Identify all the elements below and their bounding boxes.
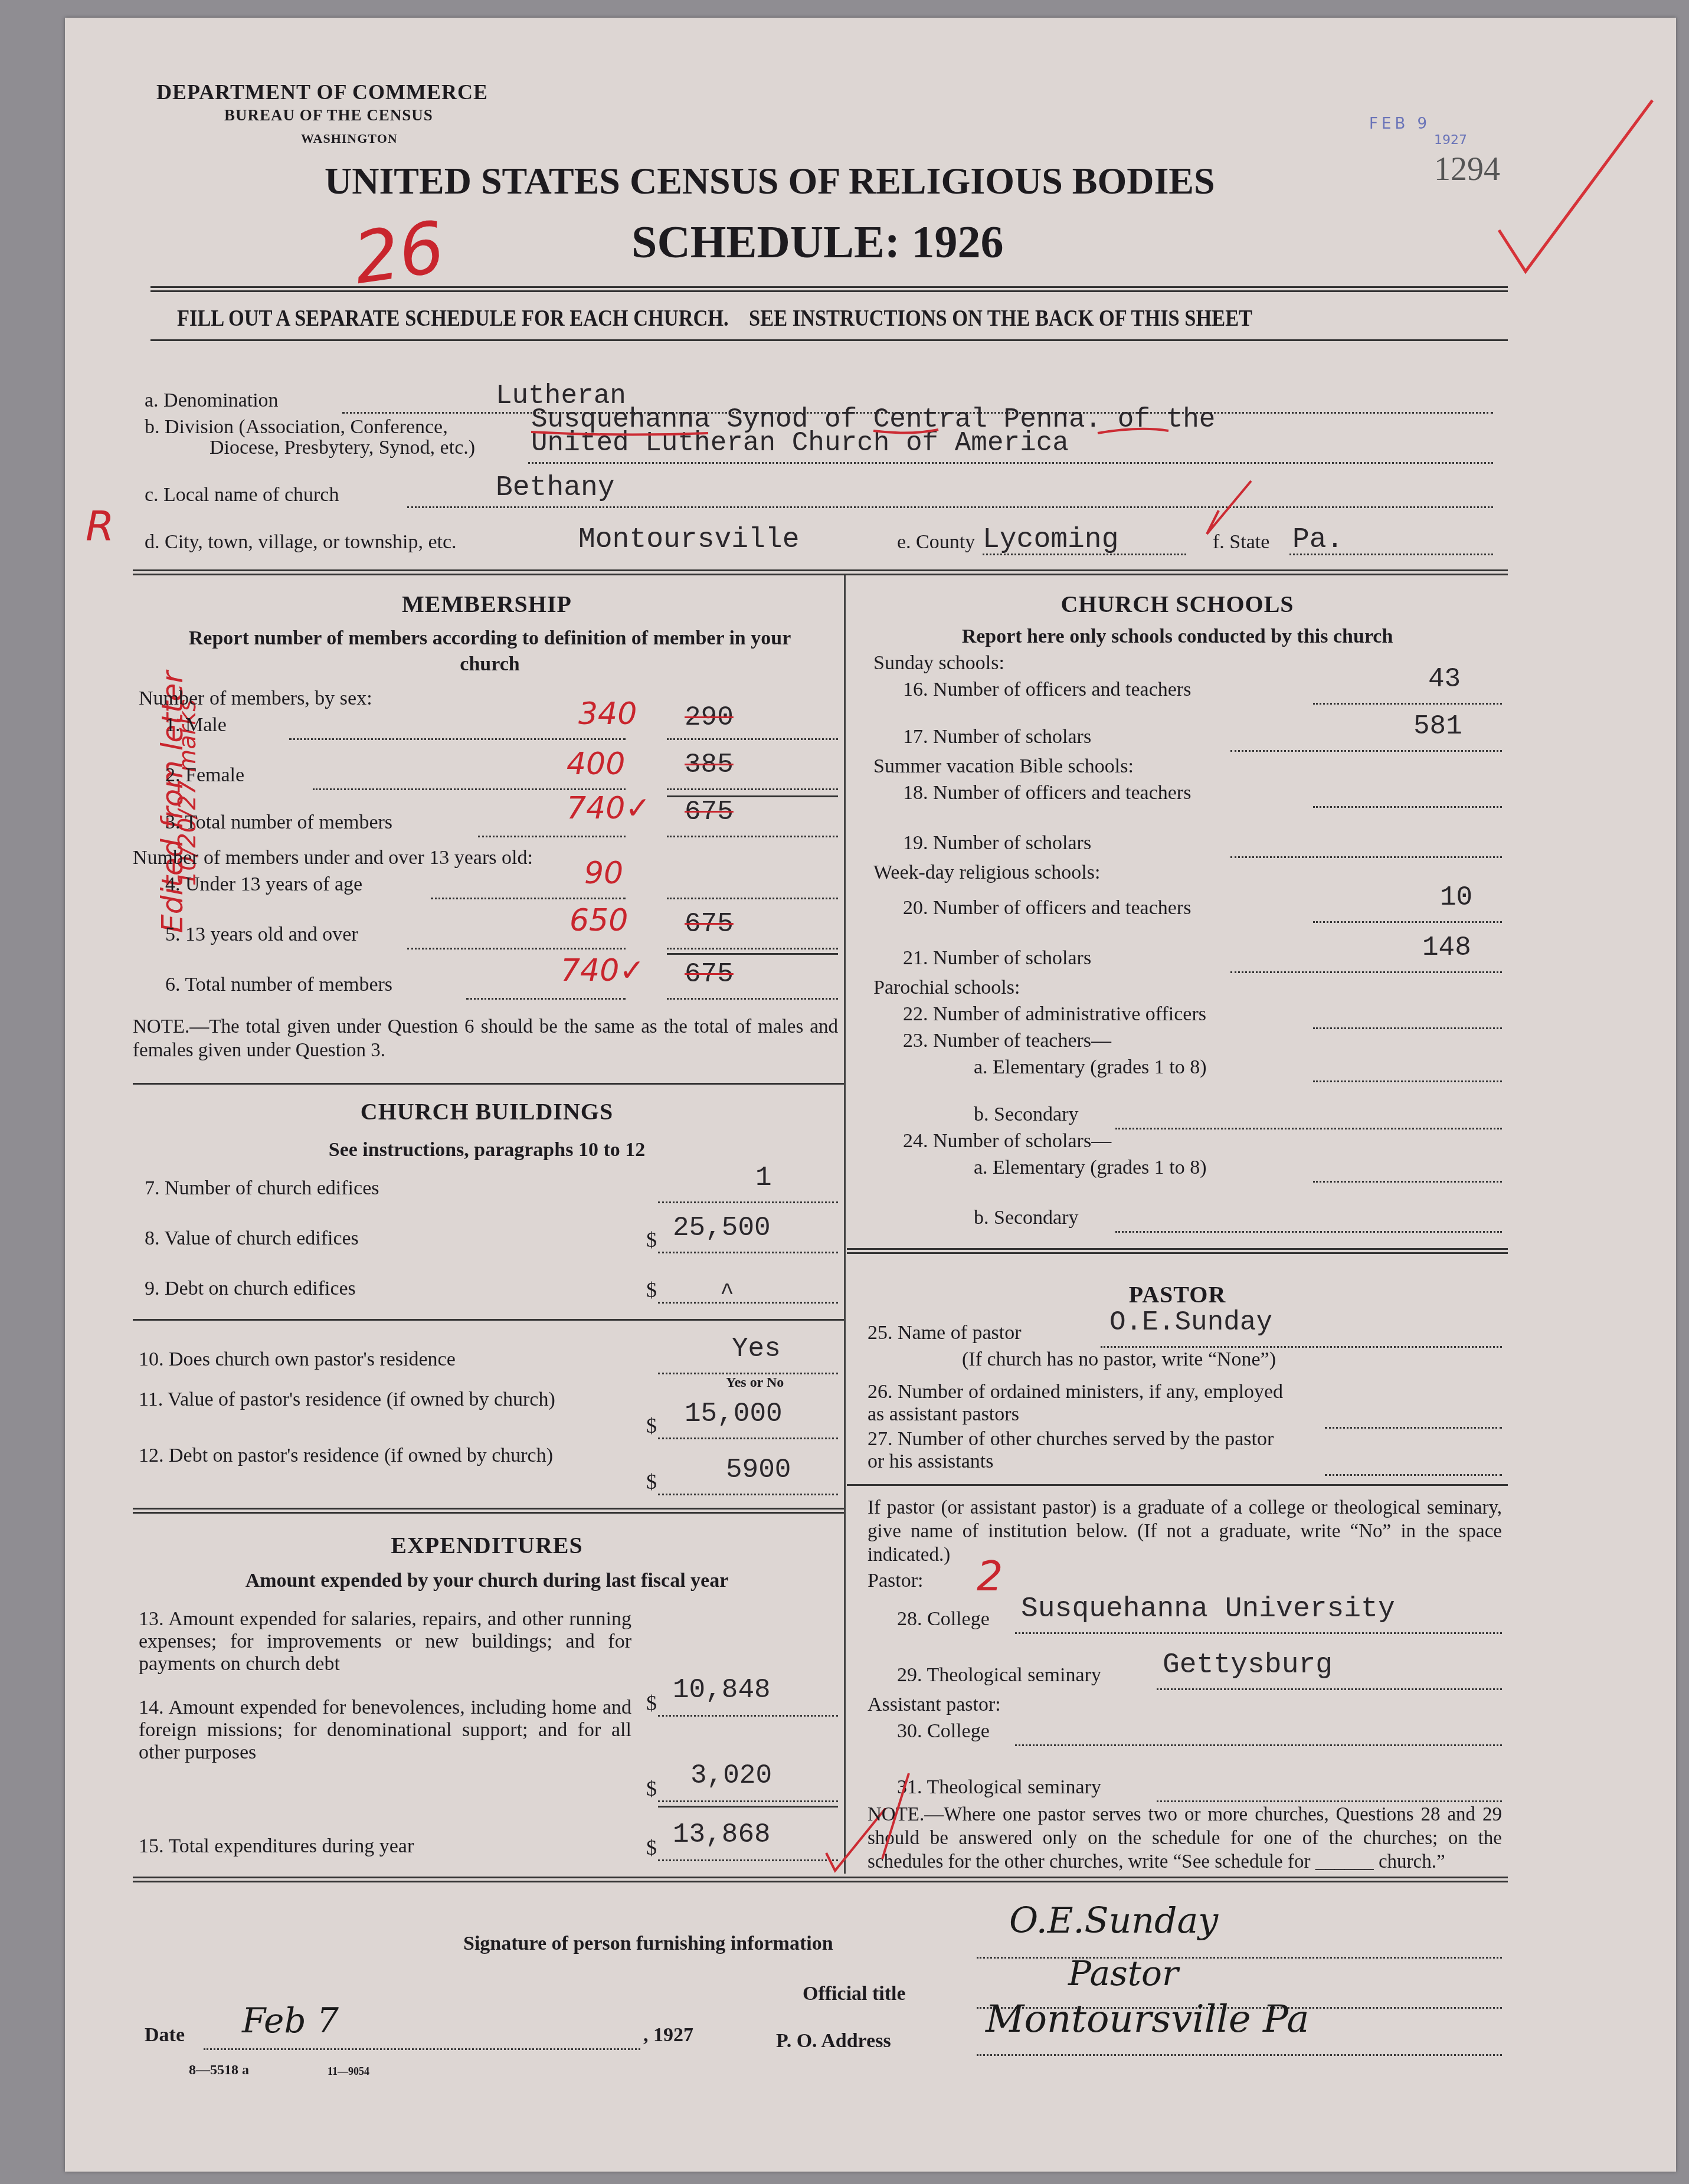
by-age-heading: Number of members under and over 13 year…	[133, 847, 533, 869]
footer-divider	[133, 1877, 1508, 1882]
official-title-label: Official title	[803, 1983, 906, 2005]
local-name-value: Bethany	[496, 472, 615, 504]
church-buildings-title: CHURCH BUILDINGS	[133, 1098, 841, 1125]
residence-value-currency: $	[646, 1413, 657, 1438]
residence-debt-currency: $	[646, 1469, 657, 1494]
pastor-name-value: O.E.Sunday	[1109, 1307, 1272, 1338]
membership-row-male-label: 1. Male	[165, 714, 227, 736]
pastor-name-label: 25. Name of pastor	[868, 1322, 1022, 1344]
total-expenditures-label: 15. Total expenditures during year	[139, 1835, 414, 1858]
edifices-value-currency: $	[646, 1227, 657, 1252]
parochial-admin-label: 22. Number of administrative officers	[903, 1003, 1206, 1026]
running-expenses-currency: $	[646, 1691, 657, 1715]
instruction-banner: FILL OUT A SEPARATE SCHEDULE FOR EACH CH…	[177, 304, 1252, 332]
residence-value-label: 11. Value of pastor's residence (if owne…	[139, 1387, 640, 1413]
membership-row-female-label: 2. Female	[165, 764, 244, 787]
red-checkmark-icon	[1481, 94, 1658, 289]
edifices-count-field[interactable]	[658, 1179, 838, 1203]
red-underline-marks	[531, 425, 1180, 443]
assistant-pastor-subheading: Assistant pastor:	[868, 1694, 1001, 1716]
parochial-teachers-secondary-label: b. Secondary	[974, 1104, 1079, 1126]
weekday-officers-value: 10	[1440, 882, 1472, 913]
bureau-name: BUREAU OF THE CENSUS	[224, 106, 433, 125]
state-value: Pa.	[1292, 524, 1343, 556]
edifices-debt-label: 9. Debt on church edifices	[145, 1278, 356, 1300]
total-expenditures-currency: $	[646, 1835, 657, 1860]
summer-scholars-label: 19. Number of scholars	[903, 832, 1091, 854]
received-stamp-year: 1927	[1434, 133, 1467, 148]
parochial-teachers-secondary-field[interactable]	[1115, 1105, 1502, 1129]
census-schedule-sheet: DEPARTMENT OF COMMERCE BUREAU OF THE CEN…	[65, 18, 1676, 2172]
parochial-teachers-label: 23. Number of teachers—	[903, 1030, 1111, 1052]
schools-divider	[847, 1248, 1508, 1254]
male-edited-value: 340	[578, 696, 637, 732]
seminary-label: 29. Theological seminary	[897, 1664, 1101, 1687]
owns-residence-value: Yes	[732, 1334, 781, 1364]
membership-row-total-label: 3. Total number of members	[165, 811, 392, 834]
summer-officers-label: 18. Number of officers and teachers	[903, 782, 1191, 804]
weekday-scholars-label: 21. Number of scholars	[903, 947, 1091, 970]
benevolences-label: 14. Amount expended for benevolences, in…	[139, 1697, 631, 1764]
over13-edited-value: 650	[569, 903, 628, 938]
college-label: 28. College	[897, 1608, 990, 1630]
red-mark-2: 2	[977, 1552, 1003, 1600]
edifices-value-amount: 25,500	[673, 1213, 771, 1243]
yes-or-no-hint: Yes or No	[726, 1375, 784, 1391]
parochial-teachers-elementary-label: a. Elementary (grades 1 to 8)	[974, 1056, 1207, 1079]
county-label: e. County	[897, 531, 975, 554]
seminary-value: Gettysburg	[1163, 1649, 1333, 1681]
total-original-value: 675	[685, 797, 734, 827]
membership-subtitle: Report number of members according to de…	[171, 626, 809, 677]
assistant-seminary-label: 31. Theological seminary	[897, 1776, 1101, 1799]
pastor-note: NOTE.—Where one pastor serves two or mor…	[868, 1803, 1502, 1874]
banner-divider	[150, 339, 1508, 341]
parochial-scholars-secondary-label: b. Secondary	[974, 1207, 1079, 1229]
pastor-title: PASTOR	[847, 1281, 1508, 1308]
residence-debt-amount: 5900	[726, 1455, 791, 1485]
date-label: Date	[145, 2024, 185, 2047]
sunday-officers-value: 43	[1428, 664, 1461, 695]
pastor-name-hint: (If church has no pastor, write “None”)	[962, 1348, 1276, 1371]
red-slash-mark-icon	[879, 1770, 915, 1865]
sunday-schools-heading: Sunday schools:	[873, 652, 1004, 674]
assistant-ministers-label: 26. Number of ordained ministers, if any…	[868, 1381, 1292, 1426]
parochial-schools-heading: Parochial schools:	[873, 977, 1020, 999]
weekday-schools-heading: Week-day religious schools:	[873, 862, 1100, 884]
parochial-scholars-secondary-field[interactable]	[1115, 1209, 1502, 1233]
form-number: 8—5518 a	[189, 2062, 249, 2078]
male-edited-field[interactable]	[289, 716, 626, 740]
edifices-value-label: 8. Value of church edifices	[145, 1227, 359, 1250]
red-check-small-icon	[1204, 478, 1257, 537]
membership-row-total2-label: 6. Total number of members	[165, 974, 392, 996]
date-year: , 1927	[643, 2024, 693, 2047]
parochial-admin-field[interactable]	[1313, 1005, 1502, 1029]
division-label-line1: b. Division (Association, Conference,	[145, 416, 448, 438]
other-churches-label: 27. Number of other churches served by t…	[868, 1428, 1292, 1473]
red-mark-r: R	[86, 502, 114, 550]
sum-line-2	[667, 953, 838, 955]
edifices-debt-currency: $	[646, 1278, 657, 1302]
residence-debt-label: 12. Debt on pastor's residence (if owned…	[139, 1443, 640, 1469]
parochial-scholars-elementary-field[interactable]	[1313, 1158, 1502, 1183]
under13-original-field[interactable]	[667, 875, 838, 899]
form-title: UNITED STATES CENSUS OF RELIGIOUS BODIES	[325, 159, 1446, 203]
pastor-divider	[847, 1484, 1508, 1486]
department-name: DEPARTMENT OF COMMERCE	[156, 80, 488, 104]
weekday-scholars-value: 148	[1422, 932, 1471, 963]
state-label: f. State	[1213, 531, 1269, 554]
church-schools-title: CHURCH SCHOOLS	[847, 590, 1508, 618]
county-value: Lycoming	[983, 524, 1118, 556]
print-code: 11—9054	[328, 2065, 369, 2078]
residence-value-amount: 15,000	[685, 1399, 783, 1429]
expenditures-title: EXPENDITURES	[133, 1531, 841, 1559]
membership-divider	[133, 1083, 844, 1085]
assistant-college-field[interactable]	[1015, 1722, 1502, 1746]
parochial-teachers-elementary-field[interactable]	[1313, 1058, 1502, 1082]
by-sex-heading: Number of members, by sex:	[139, 687, 372, 710]
over13-original-value: 675	[685, 909, 734, 939]
schedule-year: SCHEDULE: 1926	[631, 215, 1004, 269]
benevolences-currency: $	[646, 1776, 657, 1801]
denomination-label: a. Denomination	[145, 389, 279, 412]
parochial-scholars-elementary-label: a. Elementary (grades 1 to 8)	[974, 1157, 1207, 1179]
edifices-debt-field[interactable]	[658, 1279, 838, 1304]
pastor-subheading: Pastor:	[868, 1570, 923, 1592]
total-expenditures-amount: 13,868	[673, 1819, 771, 1850]
identification-divider	[133, 569, 1508, 575]
sunday-scholars-label: 17. Number of scholars	[903, 726, 1091, 748]
other-churches-field[interactable]	[1325, 1452, 1502, 1476]
summer-officers-field[interactable]	[1313, 784, 1502, 808]
summer-scholars-field[interactable]	[1230, 834, 1502, 858]
owns-residence-label: 10. Does church own pastor's residence	[139, 1348, 456, 1371]
parochial-scholars-label: 24. Number of scholars—	[903, 1130, 1111, 1152]
column-divider	[844, 575, 846, 1874]
summer-schools-heading: Summer vacation Bible schools:	[873, 755, 1134, 778]
total2-edited-value: 740✓	[561, 953, 645, 988]
edifices-count-label: 7. Number of church edifices	[145, 1177, 379, 1200]
local-name-label: c. Local name of church	[145, 484, 339, 506]
college-value: Susquehanna University	[1021, 1593, 1395, 1625]
buildings-divider	[133, 1508, 844, 1514]
membership-title: MEMBERSHIP	[133, 590, 841, 618]
sunday-scholars-value: 581	[1413, 711, 1462, 742]
total2-original-value: 675	[685, 959, 734, 990]
sunday-officers-field[interactable]	[1313, 680, 1502, 705]
assistant-college-label: 30. College	[897, 1720, 990, 1743]
expenditures-subtitle: Amount expended by your church during la…	[133, 1570, 841, 1592]
header-divider	[150, 286, 1508, 292]
weekday-officers-label: 20. Number of officers and teachers	[903, 897, 1191, 919]
expenditures-sum-line	[658, 1806, 838, 1808]
official-title-value: Pastor	[1068, 1953, 1179, 1993]
benevolences-amount: 3,020	[690, 1760, 772, 1791]
church-buildings-subtitle: See instructions, paragraphs 10 to 12	[133, 1139, 841, 1161]
membership-row-13plus-label: 5. 13 years old and over	[165, 924, 358, 946]
sunday-officers-label: 16. Number of officers and teachers	[903, 679, 1191, 701]
po-address-label: P. O. Address	[776, 2030, 891, 2052]
edifices-debt-amount: ^	[720, 1281, 734, 1307]
edifices-count-value: 1	[755, 1163, 772, 1193]
graduate-instruction: If pastor (or assistant pastor) is a gra…	[868, 1496, 1502, 1567]
signature-label: Signature of person furnishing informati…	[463, 1933, 833, 1955]
signature-value: O.E.Sunday	[1009, 1900, 1218, 1941]
membership-note: NOTE.—The total given under Question 6 s…	[133, 1015, 838, 1062]
running-expenses-amount: 10,848	[673, 1675, 771, 1705]
assistant-ministers-field[interactable]	[1325, 1404, 1502, 1429]
received-stamp-date: FEB 9	[1369, 115, 1431, 133]
city-value: Montoursville	[578, 524, 799, 556]
female-original-value: 385	[685, 749, 734, 780]
date-value: Feb 7	[242, 2000, 339, 2041]
female-edited-value: 400	[567, 746, 625, 782]
city-label: d. City, town, village, or township, etc…	[145, 531, 457, 554]
buildings-mid-divider	[133, 1319, 844, 1321]
weekday-officers-field[interactable]	[1313, 899, 1502, 923]
church-schools-subtitle: Report here only schools conducted by th…	[847, 626, 1508, 648]
bureau-city: WASHINGTON	[301, 131, 398, 146]
male-original-value: 290	[685, 702, 734, 733]
total-edited-value: 740✓	[567, 791, 651, 826]
po-address-value: Montoursville Pa	[986, 1998, 1309, 2041]
assistant-seminary-field[interactable]	[1157, 1778, 1502, 1802]
division-label-line2: Diocese, Presbytery, Synod, etc.)	[210, 437, 475, 459]
under13-edited-value: 90	[584, 856, 623, 891]
membership-row-under13-label: 4. Under 13 years of age	[165, 873, 362, 896]
running-expenses-label: 13. Amount expended for salaries, repair…	[139, 1608, 631, 1675]
